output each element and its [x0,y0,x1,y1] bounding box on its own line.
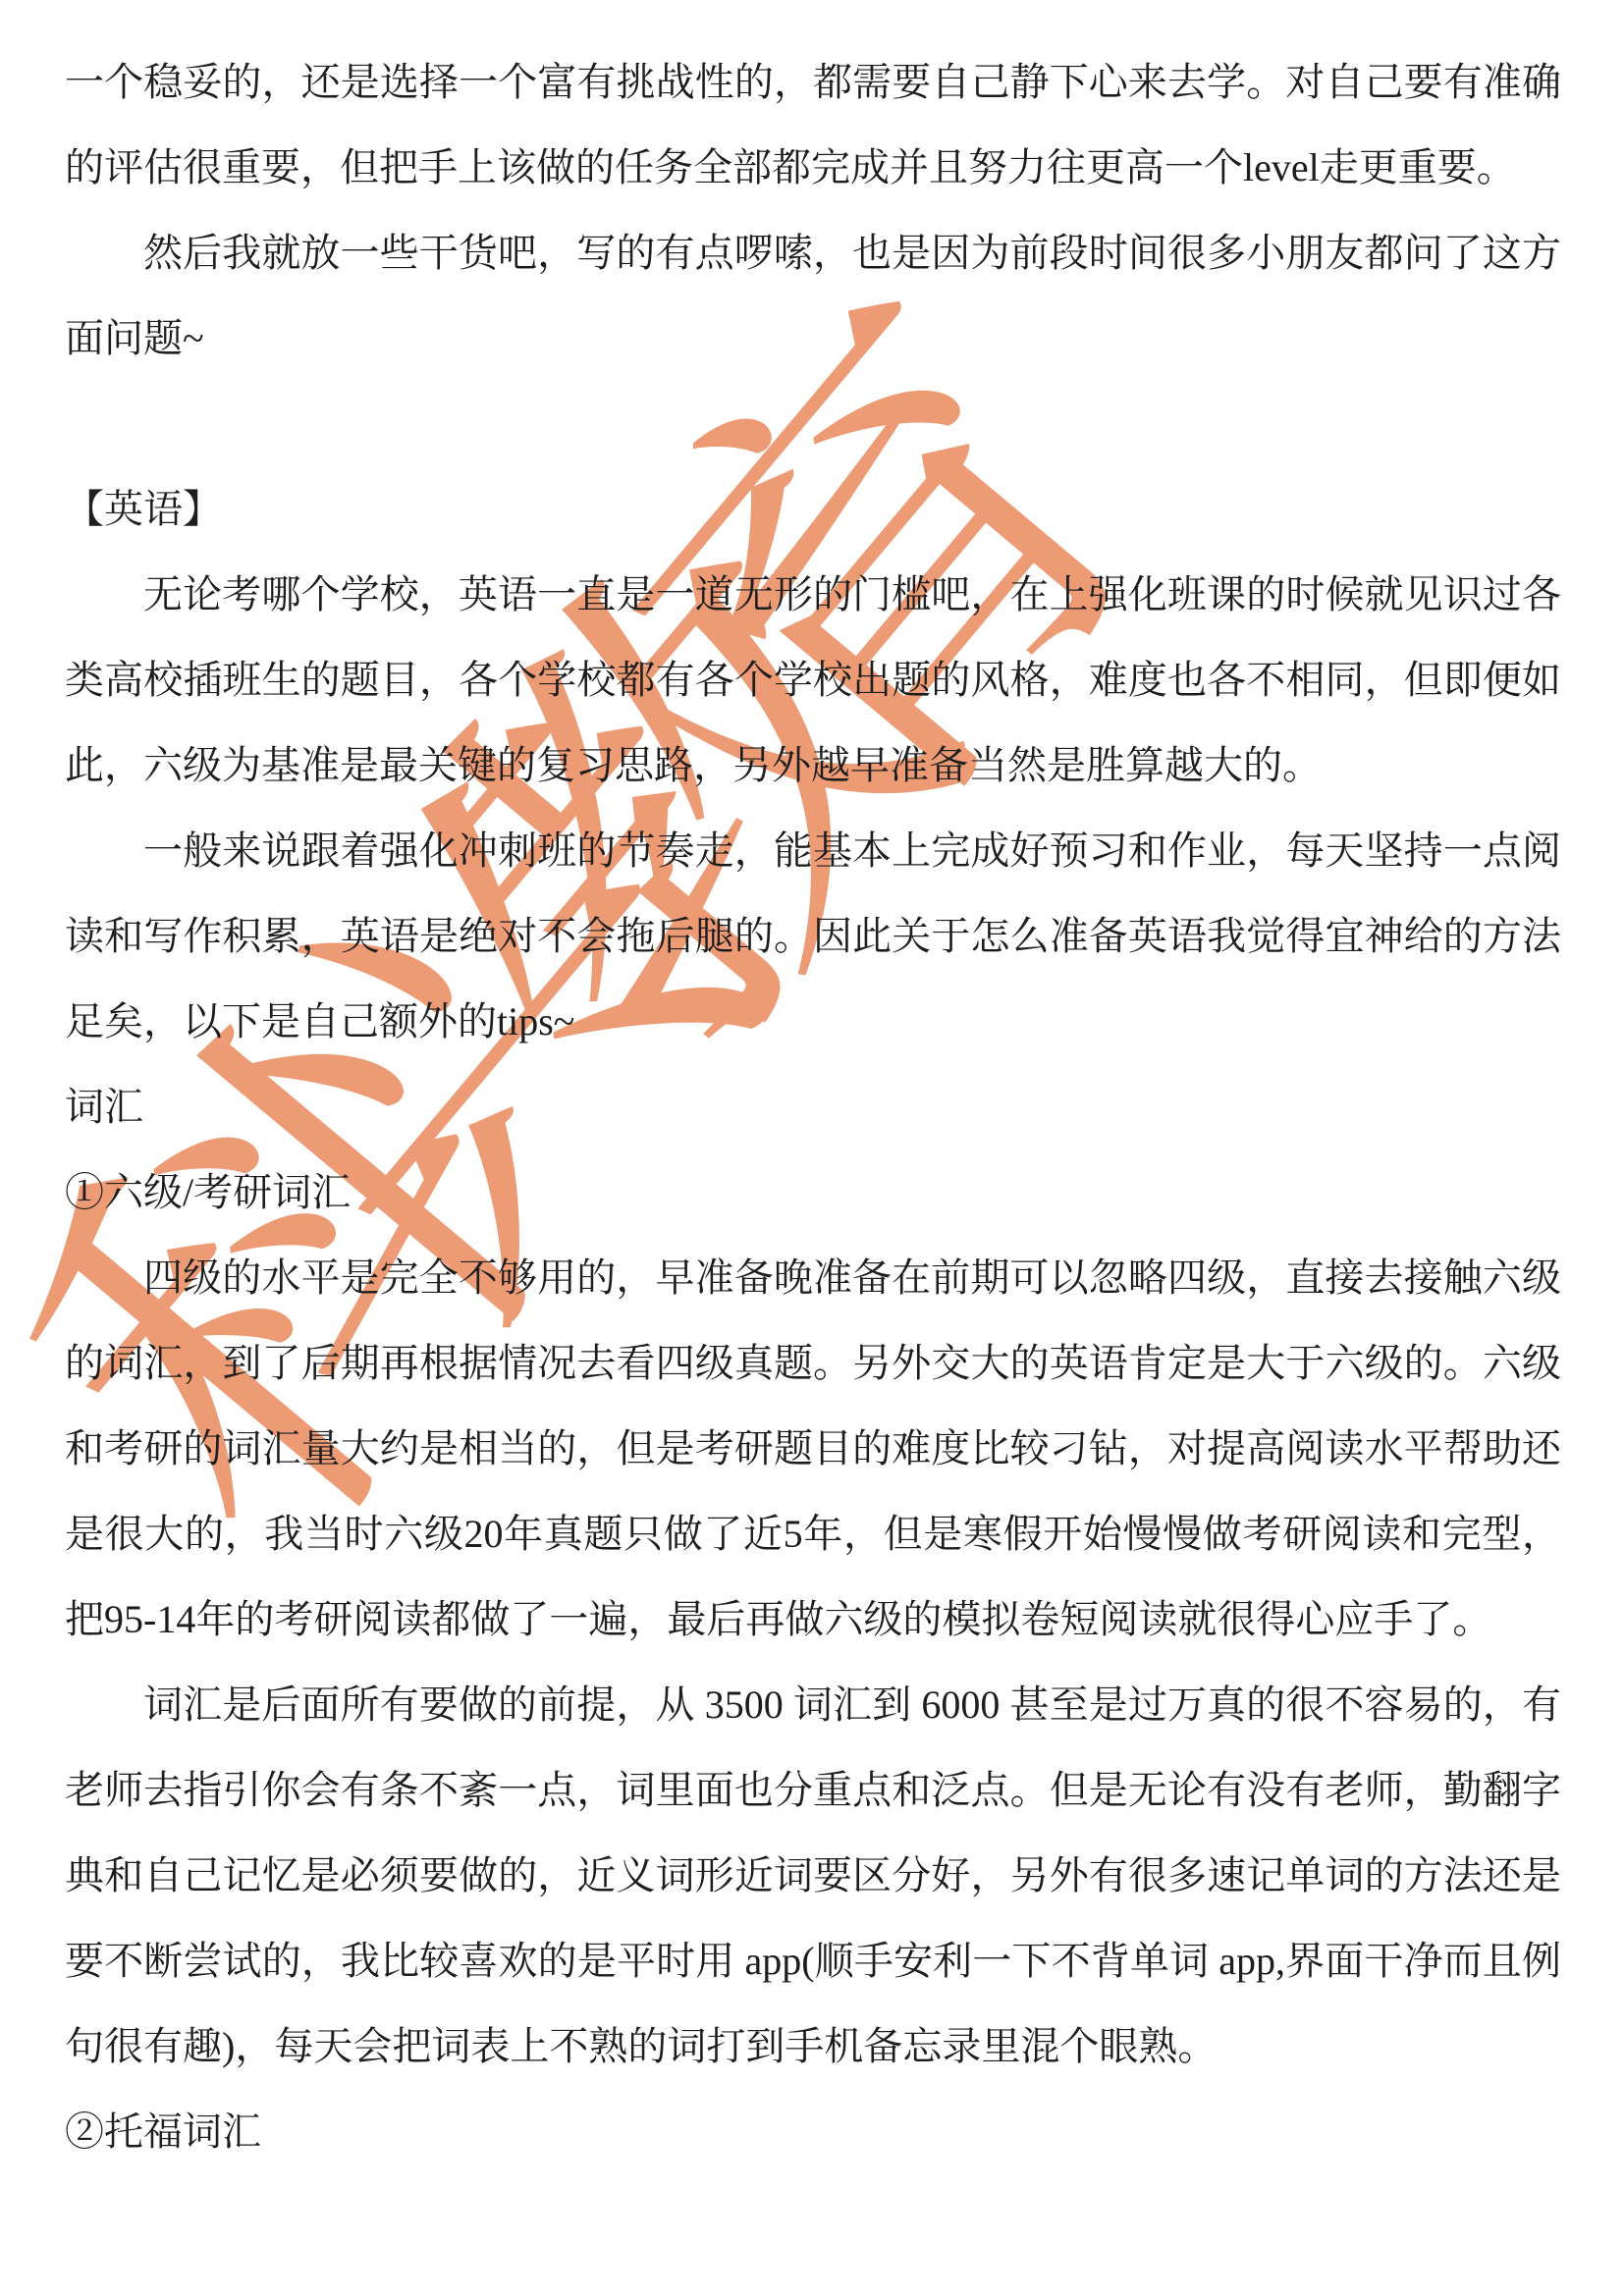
paragraph: 然后我就放一些干货吧，写的有点啰嗦，也是因为前段时间很多小朋友都问了这方面问题~ [65,210,1561,381]
document-content: 一个稳妥的，还是选择一个富有挑战性的，都需要自己静下心来去学。对自己要有准确的评… [65,39,1561,2174]
list-label: 词汇 [65,1064,1561,1149]
list-label: ②托福词汇 [65,2089,1561,2174]
paragraph: 无论考哪个学校，英语一直是一道无形的门槛吧，在上强化班课的时候就见识过各类高校插… [65,552,1561,808]
list-label: ①六级/考研词汇 [65,1149,1561,1235]
paragraph: 一般来说跟着强化冲刺班的节奏走，能基本上完成好预习和作业，每天坚持一点阅读和写作… [65,808,1561,1064]
document-page: 科兴教育 一个稳妥的，还是选择一个富有挑战性的，都需要自己静下心来去学。对自己要… [0,0,1624,2296]
paragraph: 四级的水平是完全不够用的，早准备晚准备在前期可以忽略四级，直接去接触六级的词汇，… [65,1235,1561,1662]
paragraph: 词汇是后面所有要做的前提，从 3500 词汇到 6000 甚至是过万真的很不容易… [65,1662,1561,2089]
paragraph: 一个稳妥的，还是选择一个富有挑战性的，都需要自己静下心来去学。对自己要有准确的评… [65,39,1561,210]
blank-line [65,381,1561,466]
section-heading: 【英语】 [65,466,1561,552]
